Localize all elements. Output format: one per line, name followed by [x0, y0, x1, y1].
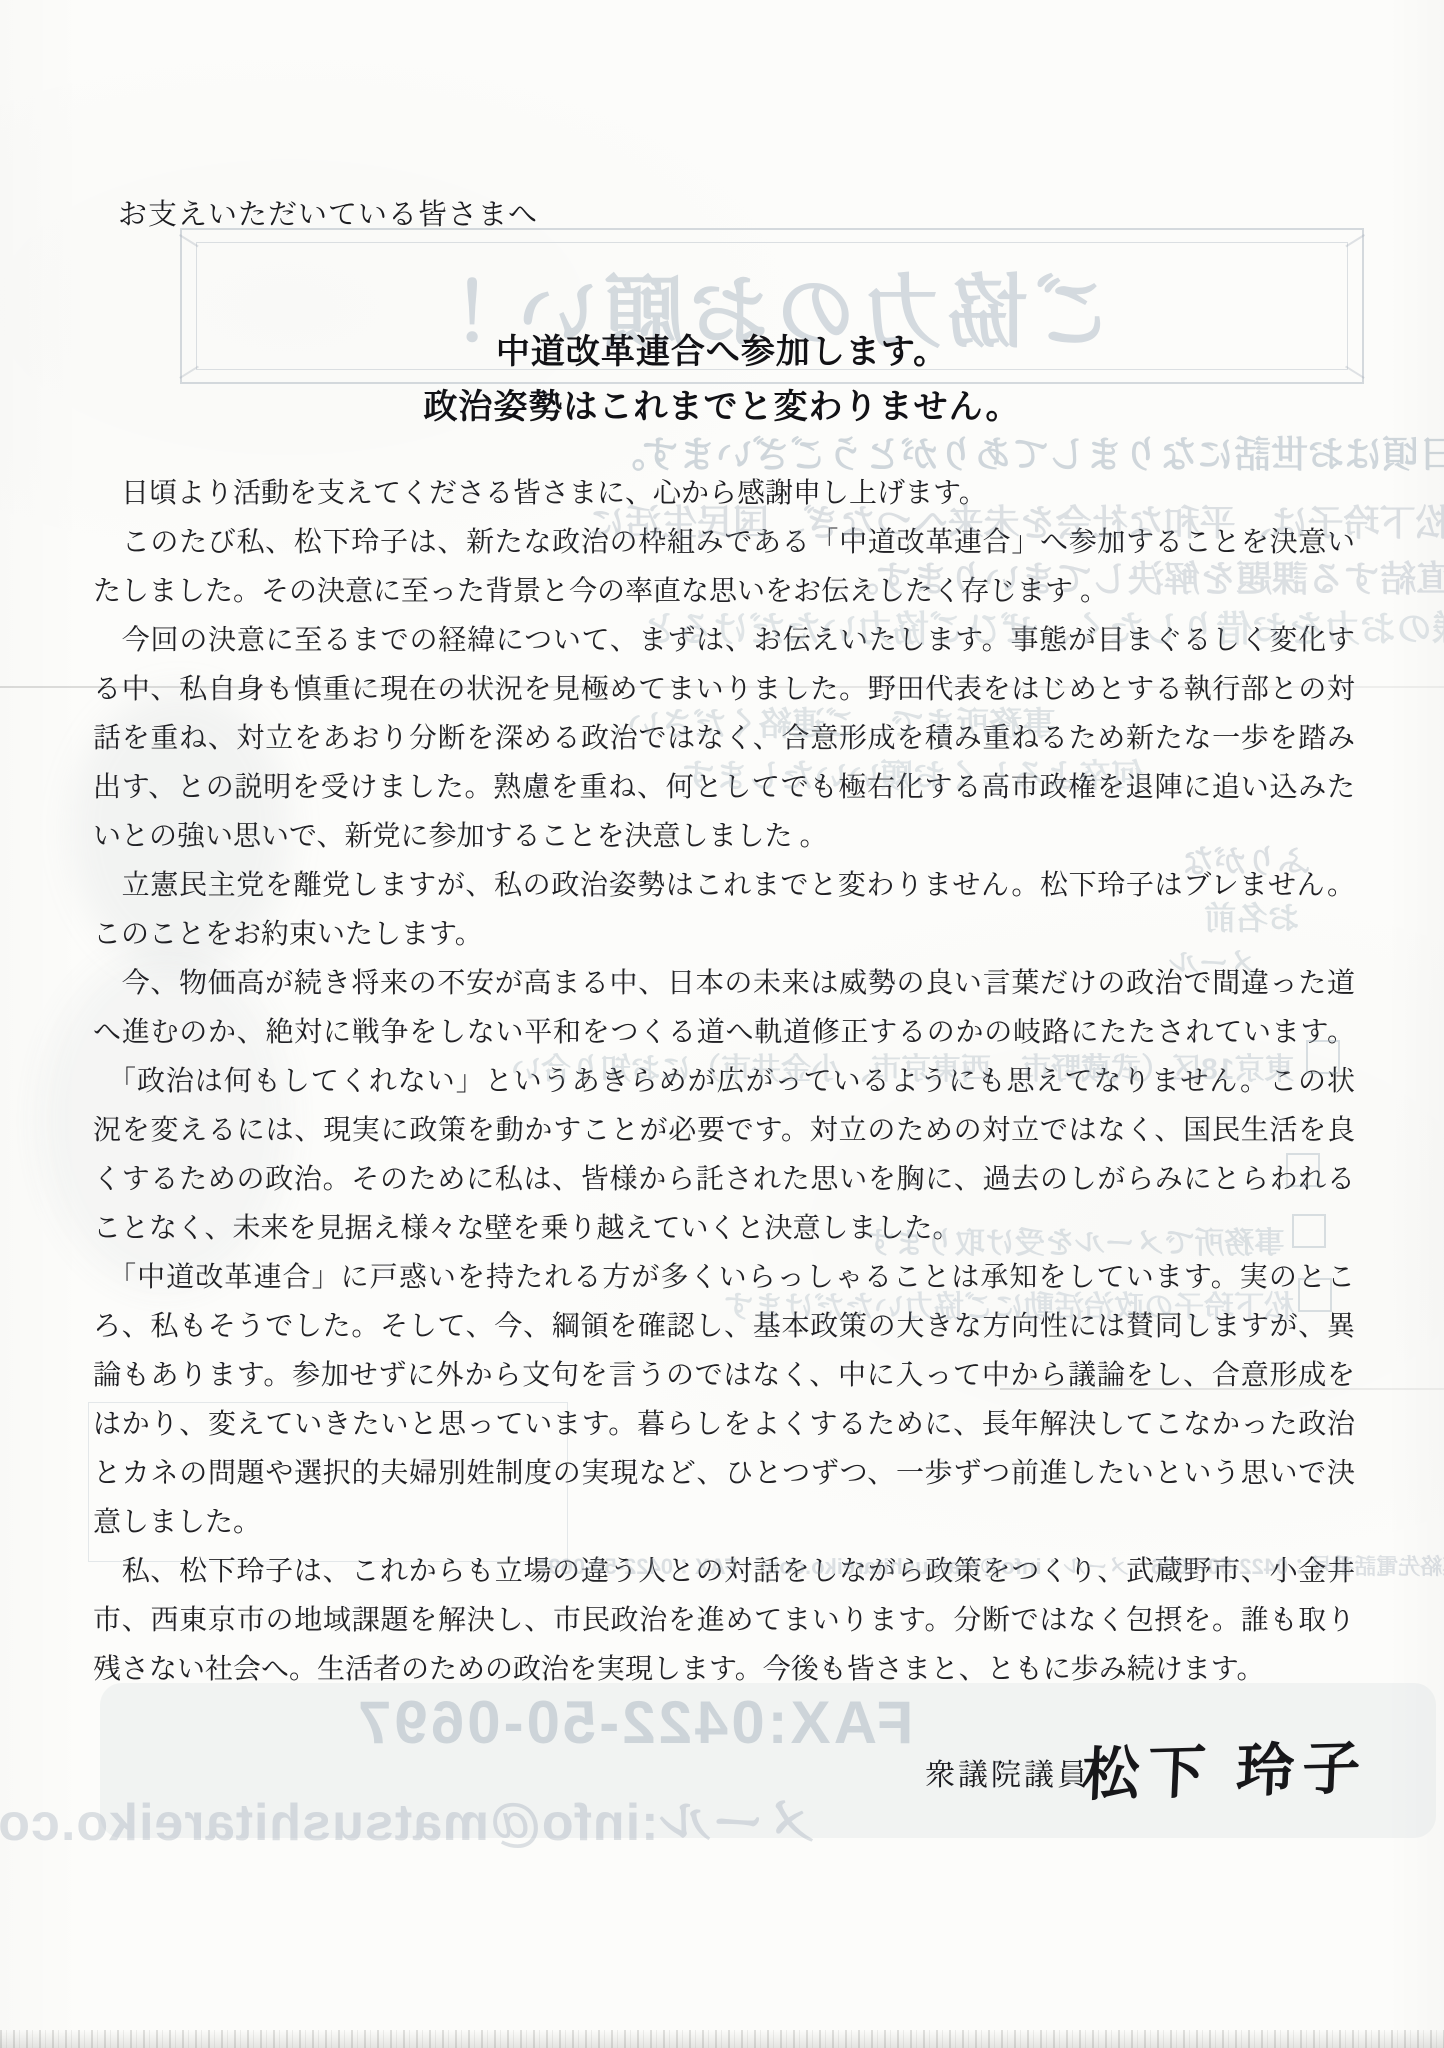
- body-line: 況を変えるには、現実に政策を動かすことが必要です。対立のための対立ではなく、国民…: [93, 1113, 1355, 1149]
- bleedthrough-checkbox: [1292, 1214, 1326, 1248]
- body-line: 今、物価高が続き将来の不安が高まる中、日本の未来は威勢の良い言葉だけの政治で間違…: [93, 966, 1355, 1002]
- headline-line-2: 政治姿勢はこれまでと変わりません。: [0, 379, 1444, 428]
- bleedthrough-text-row-activity: 松下玲子の政治活動にご協力いただけます: [724, 1282, 1294, 1326]
- bleedthrough-text-intro1: 松下玲子は、平和な社会を未来へつなぎ、国民生活に: [589, 495, 1444, 546]
- body-line: はかり、変えていきたいと思っています。暮らしをよくするために、長年解決してこなか…: [93, 1407, 1355, 1443]
- signature-title: 衆議院議員: [925, 1750, 1090, 1794]
- body-line: いとの強い思いで、新党に参加することを決意しました 。: [93, 819, 1355, 855]
- bleedthrough-text-greeting: 日頃はお世話になりましてありがとうございます。: [608, 424, 1444, 478]
- bleedthrough-text-ask2: 事務所まで、ご連絡ください。: [594, 698, 1055, 745]
- bleedthrough-text-email-large: メール:info@matsushitareiko.com: [0, 1780, 816, 1855]
- bleedthrough-text-ask3: 何卒よろしくお願いいたします。: [652, 750, 1144, 797]
- bleedthrough-text-field-mail: メール: [1169, 938, 1258, 982]
- bleedthrough-text-intro2: 直結する課題を解決してまいります。: [843, 551, 1444, 602]
- bleedthrough-text-row-tokyo18: 東京18区（武蔵野市、西東京市、小金井市）にお知り合い: [511, 1044, 1294, 1088]
- signature-name: 松下 玲子: [1080, 1720, 1370, 1812]
- body-line: とカネの問題や選択的夫婦別姓制度の実現など、ひとつずつ、一歩ずつ前進したいという…: [93, 1456, 1355, 1492]
- bleedthrough-text-field-name: お名前: [1204, 893, 1300, 939]
- body-line: くするための政治。そのために私は、皆様から託された思いを胸に、過去のしがらみにと…: [93, 1162, 1355, 1198]
- bleedthrough-checkbox: [1306, 1040, 1340, 1074]
- headline-line-1: 中道改革連合へ参加します。: [0, 324, 1444, 373]
- body-line: 意しました。: [93, 1505, 1355, 1541]
- bleedthrough-text-field-furigana: ふりがな: [1182, 836, 1310, 882]
- recipient-line: お支えいただいている皆さまへ: [118, 192, 538, 233]
- scan-bottom-edge: [0, 2030, 1444, 2048]
- body-line: 残さない社会へ。生活者のための政治を実現します。今後も皆さまと、ともに歩み続けま…: [93, 1652, 1355, 1688]
- bleedthrough-text-row-office-mail: 事務所でメールを受け取ります: [865, 1218, 1284, 1262]
- bleedthrough-text-fax-large: FAX:0422-50-0697: [355, 1688, 913, 1757]
- body-line: 論もあります。参加せずに外から文句を言うのではなく、中に入って中から議論をし、合…: [93, 1358, 1355, 1394]
- bleedthrough-checkbox: [1286, 1153, 1320, 1187]
- body-line: このことをお約束いたします。: [93, 917, 1355, 953]
- body-line: 立憲民主党を離党しますが、私の政治姿勢はこれまでと変わりません。松下玲子はブレま…: [93, 868, 1355, 904]
- bleedthrough-checkbox: [1298, 1278, 1332, 1312]
- letter-page: ご協力のお願い！ お支えいただいている皆さまへ 中道改革連合へ参加します。 政治…: [0, 0, 1444, 2048]
- bleedthrough-text-ask1: 皆様のお力をお借りしたく、ぜひご協力いただけると: [641, 601, 1444, 652]
- body-line: 市、西東京市の地域課題を解決し、市民政治を進めてまいります。分断ではなく包摂を。…: [93, 1603, 1355, 1639]
- bleedthrough-text-contact-small: 連絡先電話番号：0422-50-0696 メール：info@matsushita…: [536, 1550, 1444, 1581]
